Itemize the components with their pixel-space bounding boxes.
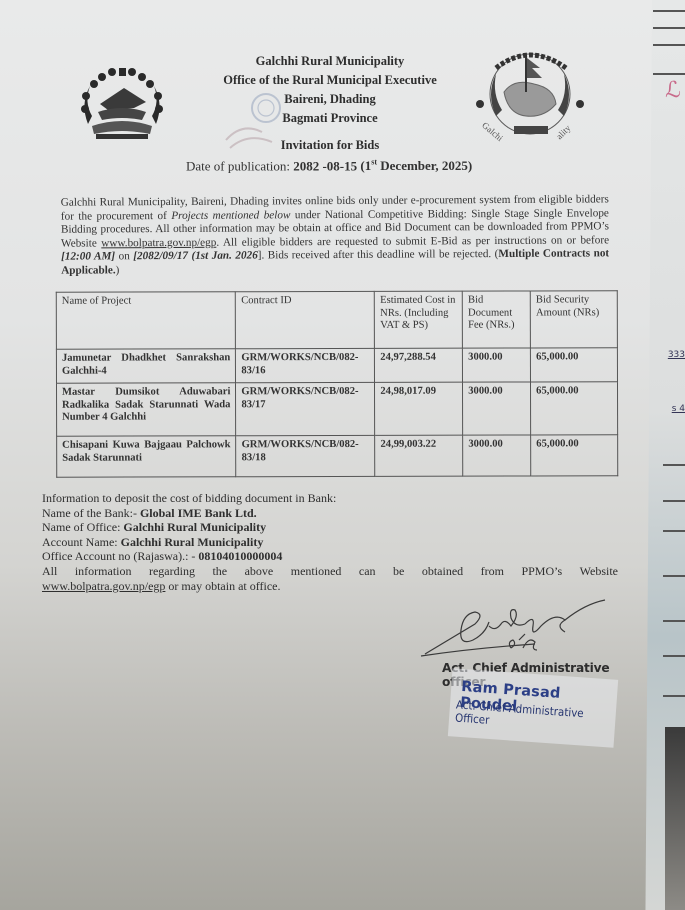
bank-label: Name of the Bank:- [42,506,140,520]
bank-info-intro: Information to deposit the cost of biddi… [42,491,618,506]
info-word: obtained [422,564,463,579]
notice-title: Invitation for Bids [0,136,660,155]
ruled-line [653,27,685,29]
account-no-label: Office Account no (Rajaswa).: - [42,549,198,563]
ruled-line [653,44,685,46]
info-word: mentioned [291,564,342,579]
project-name: Jamunetar Dhadkhet Sanrakshan Galchhi-4 [56,349,235,383]
table-header-row: Name of Project Contract ID Estimated Co… [56,291,617,349]
deadline-time: [12:00 AM] [61,251,115,263]
pen-scribble-icon: ℒ [665,78,681,103]
col-bid-security: Bid Security Amount (NRs) [530,291,617,348]
info-word: information [75,564,132,579]
ruled-line [653,10,685,12]
table-row: Chisapani Kuwa Bajgaau Palchowk Sadak St… [57,435,618,477]
deadline-date: [2082/09/17 (1st Jan. 2026 [133,250,258,263]
publication-label: Date of publication: [186,158,290,173]
publication-date-bs: 2082 -08-15 [293,158,357,173]
info-word: can [359,564,376,579]
col-contract-id: Contract ID [236,291,375,348]
account-no-line: Office Account no (Rajaswa).: - 08104010… [42,549,618,564]
notice-sheet: Galchi ality Galchhi Rural Municipality … [0,0,652,910]
contract-id: GRM/WORKS/NCB/082-83/17 [236,382,375,435]
bank-value: Global IME Bank Ltd. [140,506,257,520]
estimated-cost: 24,98,017.09 [375,382,463,435]
info-word: the [212,564,227,579]
info-word: above [245,564,274,579]
intro-text: . All eligible bidders are requested to … [216,234,609,248]
table-edge-shadow [665,727,685,910]
info-word: regarding [149,564,195,579]
letterhead: Galchhi Rural Municipality Office of the… [0,52,660,155]
ruled-line [663,500,685,502]
project-name: Chisapani Kuwa Bajgaau Palchowk Sadak St… [57,436,237,477]
edge-number: 333 [668,350,685,360]
ppmo-website-link[interactable]: www.bolpatra.gov.np/egp [101,237,216,250]
ruled-line [663,575,685,577]
bid-security: 65,000.00 [531,382,618,435]
table-row: Jamunetar Dhadkhet Sanrakshan Galchhi-4 … [56,348,617,383]
intro-italic: Projects mentioned below [171,209,290,222]
ruled-line [663,464,685,466]
edge-number: s 4 [672,404,685,414]
account-no-value: 08104010000004 [198,549,282,563]
ruled-line [663,530,685,532]
account-name-label: Account Name: [42,535,121,549]
contract-id: GRM/WORKS/NCB/082-83/16 [236,348,375,382]
account-name-value: Galchhi Rural Municipality [121,535,264,549]
bid-security: 65,000.00 [531,435,618,476]
bank-name-line: Name of the Bank:- Global IME Bank Ltd. [42,506,618,521]
intro-text: on [115,251,133,263]
info-sentence: Allinformationregardingtheabovementioned… [42,564,618,579]
name-stamp: Ram Prasad Poudel Act. Chief Administrat… [448,668,618,747]
info-end-text: or may obtain at office. [165,579,280,593]
ruled-line [653,73,685,75]
office-label: Name of Office: [42,520,123,534]
location: Baireni, Dhading [0,90,660,109]
ruled-line [663,655,685,657]
province: Bagmati Province [0,109,660,128]
contract-id: GRM/WORKS/NCB/082-83/18 [236,435,375,476]
publication-date: Date of publication: 2082 -08-15 (1st De… [186,158,472,174]
publication-date-ad: (1 [360,158,371,173]
col-estimated-cost: Estimated Cost in NRs. (Including VAT & … [375,291,463,348]
office-name-line: Name of Office: Galchhi Rural Municipali… [42,520,618,535]
handwritten-signature-icon [415,596,615,662]
office-value: Galchhi Rural Municipality [123,520,266,534]
info-word: be [393,564,404,579]
table-row: Mastar Dumsikot Aduwabari Radkalika Sada… [56,382,617,436]
projects-table: Name of Project Contract ID Estimated Co… [56,290,618,477]
col-doc-fee: Bid Document Fee (NRs.) [462,291,530,348]
intro-text: ]. Bids received after this deadline wil… [258,248,499,261]
account-name-line: Account Name: Galchhi Rural Municipality [42,535,618,550]
info-word: from [481,564,504,579]
intro-text: ) [116,264,120,276]
info-word: PPMO’s [521,564,562,579]
ruled-line [663,695,685,697]
doc-fee: 3000.00 [463,382,531,435]
bid-security: 65,000.00 [531,348,618,382]
doc-fee: 3000.00 [463,348,531,382]
estimated-cost: 24,97,288.54 [375,348,463,382]
doc-fee: 3000.00 [463,435,531,476]
info-word: All [42,564,57,579]
col-project-name: Name of Project [56,292,236,349]
project-name: Mastar Dumsikot Aduwabari Radkalika Sada… [56,383,236,436]
publication-date-ad-rest: December, 2025) [377,158,472,173]
info-sentence-end: www.bolpatra.gov.np/egp or may obtain at… [42,579,618,594]
ppmo-website-link-2[interactable]: www.bolpatra.gov.np/egp [42,579,165,593]
info-word: Website [580,564,618,579]
estimated-cost: 24,99,003.22 [375,435,463,476]
ruled-line [663,620,685,622]
bank-deposit-info: Information to deposit the cost of biddi… [42,491,618,593]
org-name: Galchhi Rural Municipality [0,52,660,71]
office-name: Office of the Rural Municipal Executive [0,71,660,90]
invitation-paragraph: Galchhi Rural Municipality, Baireni, Dha… [61,193,609,278]
